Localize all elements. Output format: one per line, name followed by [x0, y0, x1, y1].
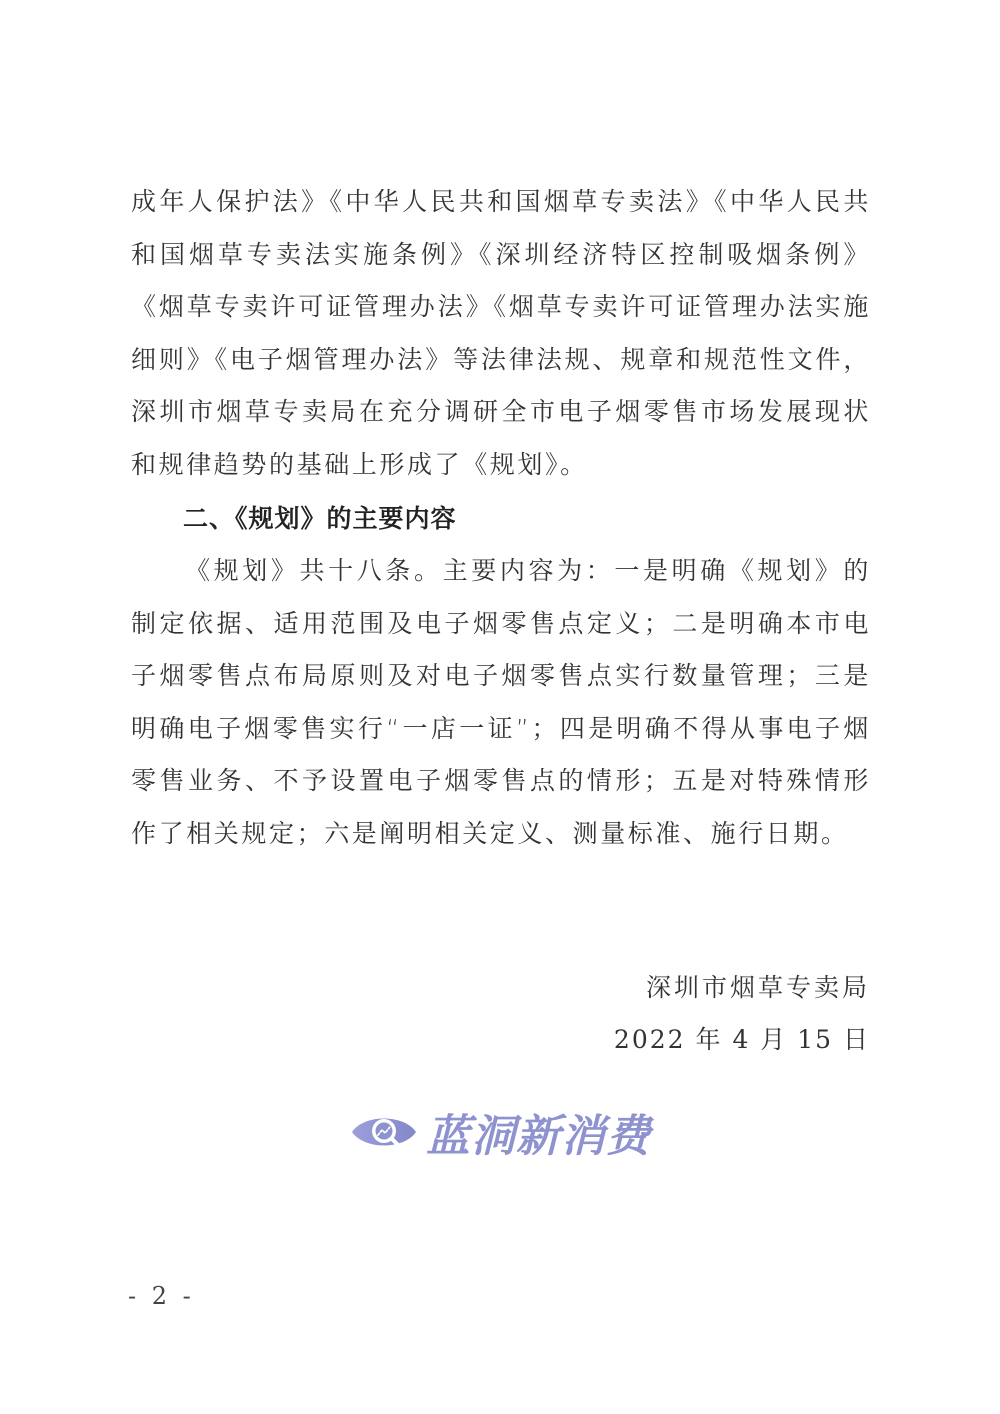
section-heading: 二、《规划》的主要内容	[183, 493, 457, 545]
paragraph-main-content: 《规划》共十八条。主要内容为：一是明确《规划》的制定依据、适用范围及电子烟零售点…	[131, 545, 871, 860]
signature-block: 深圳市烟草专卖局 2022 年 4 月 15 日	[614, 962, 870, 1066]
eye-magnifier-icon	[350, 1108, 418, 1156]
paragraph-legal-basis: 成年人保护法》《中华人民共和国烟草专卖法》《中华人民共和国烟草专卖法实施条例》《…	[131, 176, 871, 491]
issue-date: 2022 年 4 月 15 日	[614, 1014, 870, 1066]
watermark: 蓝洞新消费	[350, 1103, 651, 1161]
watermark-text: 蓝洞新消费	[426, 1100, 651, 1164]
issuer-name: 深圳市烟草专卖局	[614, 962, 870, 1014]
document-page: 成年人保护法》《中华人民共和国烟草专卖法》《中华人民共和国烟草专卖法实施条例》《…	[0, 0, 1000, 1414]
page-number: - 2 -	[128, 1282, 195, 1310]
